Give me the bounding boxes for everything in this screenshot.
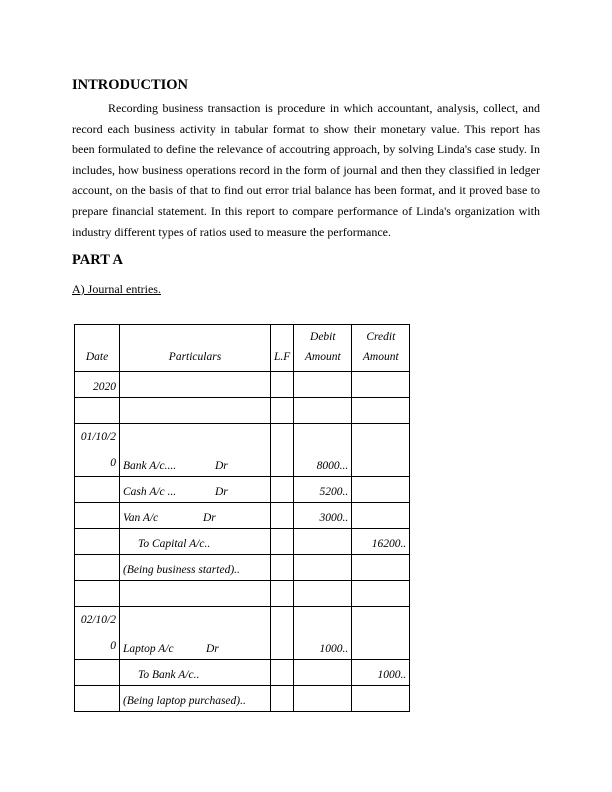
table-row: (Being business started).. [75,555,410,581]
cell-debit: 5200.. [294,477,352,503]
cell-credit [352,372,410,398]
cell-particulars [120,372,271,398]
cell-narration: (Being business started).. [120,555,271,581]
part-a-heading: PART A [72,252,123,269]
table-row [75,398,410,424]
cell-date: 2020 [75,372,120,398]
cell-lf [271,424,294,477]
cell-narration: (Being laptop purchased).. [120,686,271,712]
cell-debit: 3000.. [294,503,352,529]
cell-particulars: To Bank A/c.. [120,660,271,686]
cell-particulars: To Capital A/c.. [120,529,271,555]
header-lf: L.F [271,325,294,372]
table-row: Van A/cDr 3000.. [75,503,410,529]
introduction-heading: INTRODUCTION [72,77,188,94]
introduction-paragraph: Recording business transaction is proced… [72,98,540,242]
cell-credit [352,424,410,477]
cell-credit: 16200.. [352,529,410,555]
journal-table: Date Particulars L.F DebitAmount CreditA… [74,324,410,712]
cell-debit [294,372,352,398]
cell-date: 02/10/20 [75,607,120,660]
cell-debit: 1000.. [294,607,352,660]
header-date: Date [75,325,120,372]
cell-credit: 1000.. [352,660,410,686]
journal-header-row: Date Particulars L.F DebitAmount CreditA… [75,325,410,372]
journal-entries-subheading: A) Journal entries. [72,282,161,297]
dr-label: Dr [203,508,216,528]
cell-particulars: Bank A/c....Dr [120,424,271,477]
cell-lf [271,372,294,398]
header-particulars: Particulars [120,325,271,372]
cell-date: 01/10/20 [75,424,120,477]
dr-label: Dr [215,456,228,476]
table-row: (Being laptop purchased).. [75,686,410,712]
header-debit-amount: DebitAmount [294,325,352,372]
table-row: 02/10/20 Laptop A/cDr 1000.. [75,607,410,660]
table-row: 2020 [75,372,410,398]
dr-label: Dr [206,639,219,659]
table-row: To Capital A/c.. 16200.. [75,529,410,555]
header-credit-amount: CreditAmount [352,325,410,372]
cell-debit: 8000... [294,424,352,477]
cell-particulars: Laptop A/cDr [120,607,271,660]
table-row: 01/10/20 Bank A/c....Dr 8000... [75,424,410,477]
table-row [75,581,410,607]
table-row: Cash A/c ...Dr 5200.. [75,477,410,503]
table-row: To Bank A/c.. 1000.. [75,660,410,686]
dr-label: Dr [215,482,228,502]
cell-particulars: Cash A/c ...Dr [120,477,271,503]
cell-particulars: Van A/cDr [120,503,271,529]
